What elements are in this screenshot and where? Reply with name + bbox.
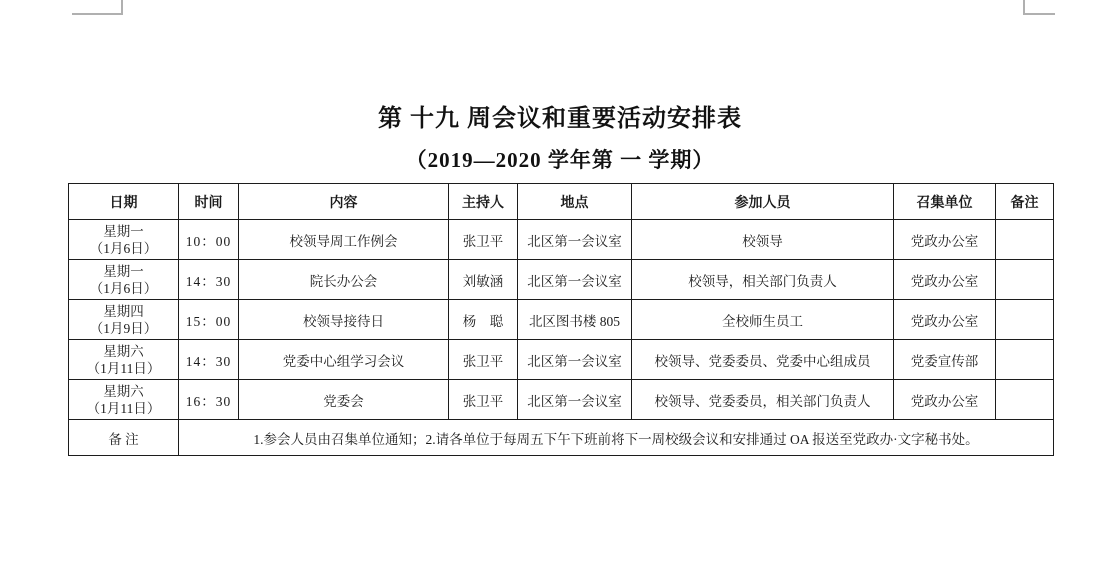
header-content: 内容 <box>239 184 449 220</box>
table-row: 星期一 （1月6日） 14：30 院长办公会 刘敏涵 北区第一会议室 校领导，相… <box>69 260 1054 300</box>
participants-cell: 校领导、党委委员，相关部门负责人 <box>632 380 894 420</box>
content-cell: 校领导周工作例会 <box>239 220 449 260</box>
corner-mark-right-horizontal <box>1023 13 1055 15</box>
location-cell: 北区第一会议室 <box>518 260 632 300</box>
date-calendar: （1月9日） <box>71 320 176 337</box>
date-calendar: （1月11日） <box>71 360 176 377</box>
participants-cell: 校领导、党委委员、党委中心组成员 <box>632 340 894 380</box>
header-host: 主持人 <box>449 184 518 220</box>
date-cell: 星期六 （1月11日） <box>69 340 179 380</box>
host-cell: 张卫平 <box>449 220 518 260</box>
date-cell: 星期一 （1月6日） <box>69 260 179 300</box>
organizer-cell: 党委宣传部 <box>894 340 996 380</box>
table-row: 星期六 （1月11日） 14：30 党委中心组学习会议 张卫平 北区第一会议室 … <box>69 340 1054 380</box>
table-row: 星期四 （1月9日） 15：00 校领导接待日 杨 聪 北区图书楼 805 全校… <box>69 300 1054 340</box>
header-location: 地点 <box>518 184 632 220</box>
remark-cell <box>996 260 1054 300</box>
header-organizer: 召集单位 <box>894 184 996 220</box>
header-participants: 参加人员 <box>632 184 894 220</box>
content-cell: 院长办公会 <box>239 260 449 300</box>
content-cell: 校领导接待日 <box>239 300 449 340</box>
note-text: 1.参会人员由召集单位通知；2.请各单位于每周五下午下班前将下一周校级会议和安排… <box>179 420 1054 456</box>
organizer-cell: 党政办公室 <box>894 260 996 300</box>
organizer-cell: 党政办公室 <box>894 300 996 340</box>
date-weekday: 星期六 <box>71 383 176 400</box>
date-weekday: 星期四 <box>71 303 176 320</box>
date-cell: 星期六 （1月11日） <box>69 380 179 420</box>
participants-cell: 校领导，相关部门负责人 <box>632 260 894 300</box>
corner-mark-left-horizontal <box>72 13 123 15</box>
date-weekday: 星期一 <box>71 223 176 240</box>
date-cell: 星期一 （1月6日） <box>69 220 179 260</box>
date-weekday: 星期六 <box>71 343 176 360</box>
host-cell: 杨 聪 <box>449 300 518 340</box>
time-cell: 14：30 <box>179 260 239 300</box>
header-remark: 备注 <box>996 184 1054 220</box>
schedule-table: 日期 时间 内容 主持人 地点 参加人员 召集单位 备注 星期一 （1月6日） … <box>68 183 1054 456</box>
table-header-row: 日期 时间 内容 主持人 地点 参加人员 召集单位 备注 <box>69 184 1054 220</box>
time-cell: 15：00 <box>179 300 239 340</box>
location-cell: 北区第一会议室 <box>518 220 632 260</box>
document-title: 第 十九 周会议和重要活动安排表 <box>0 98 1120 133</box>
location-cell: 北区图书楼 805 <box>518 300 632 340</box>
host-cell: 张卫平 <box>449 340 518 380</box>
location-cell: 北区第一会议室 <box>518 380 632 420</box>
organizer-cell: 党政办公室 <box>894 220 996 260</box>
host-cell: 刘敏涵 <box>449 260 518 300</box>
remark-cell <box>996 220 1054 260</box>
content-cell: 党委会 <box>239 380 449 420</box>
time-cell: 14：30 <box>179 340 239 380</box>
content-cell: 党委中心组学习会议 <box>239 340 449 380</box>
date-calendar: （1月6日） <box>71 240 176 257</box>
date-cell: 星期四 （1月9日） <box>69 300 179 340</box>
participants-cell: 校领导 <box>632 220 894 260</box>
note-label: 备 注 <box>69 420 179 456</box>
date-calendar: （1月11日） <box>71 400 176 417</box>
host-cell: 张卫平 <box>449 380 518 420</box>
time-cell: 10：00 <box>179 220 239 260</box>
note-row: 备 注 1.参会人员由召集单位通知；2.请各单位于每周五下午下班前将下一周校级会… <box>69 420 1054 456</box>
table-row: 星期一 （1月6日） 10：00 校领导周工作例会 张卫平 北区第一会议室 校领… <box>69 220 1054 260</box>
remark-cell <box>996 340 1054 380</box>
header-time: 时间 <box>179 184 239 220</box>
corner-mark-left-vertical <box>121 0 123 15</box>
document-subtitle: （2019—2020 学年第 一 学期） <box>0 144 1120 174</box>
remark-cell <box>996 380 1054 420</box>
time-cell: 16：30 <box>179 380 239 420</box>
organizer-cell: 党政办公室 <box>894 380 996 420</box>
date-weekday: 星期一 <box>71 263 176 280</box>
date-calendar: （1月6日） <box>71 280 176 297</box>
participants-cell: 全校师生员工 <box>632 300 894 340</box>
remark-cell <box>996 300 1054 340</box>
table-row: 星期六 （1月11日） 16：30 党委会 张卫平 北区第一会议室 校领导、党委… <box>69 380 1054 420</box>
location-cell: 北区第一会议室 <box>518 340 632 380</box>
header-date: 日期 <box>69 184 179 220</box>
